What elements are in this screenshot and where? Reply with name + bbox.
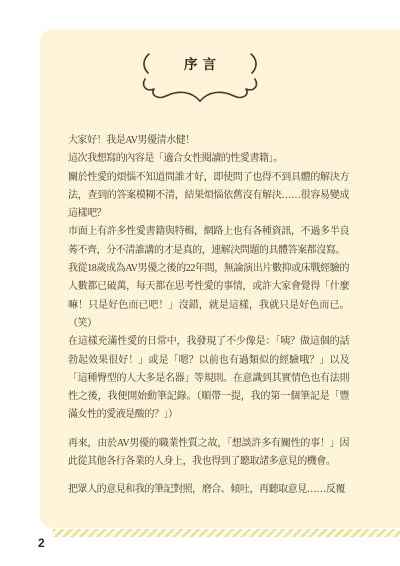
page-panel: 序言 大家好！我是AV男優清水健！ 這次我想寫的內容是「適合女性閱讀的性愛書籍」… [40,29,400,528]
chapter-heading: 序言 [138,48,262,106]
page-title: 序言 [138,53,262,73]
preface-text: 大家好！我是AV男優清水健！ 這次我想寫的內容是「適合女性閱讀的性愛書籍」。 關… [68,132,349,500]
book-page: 序言 大家好！我是AV男優清水健！ 這次我想寫的內容是「適合女性閱讀的性愛書籍」… [0,0,400,566]
page-number: 2 [38,536,45,550]
paragraph: 我從18歲成為AV男優之後的22年間，無論演出片數抑或床戰經驗的人數都已破萬，每… [68,260,349,333]
paragraph: 關於性愛的煩惱不知道問誰才好，即使問了也得不到具體的解決方法，查到的答案模糊不清… [68,169,349,224]
paragraph: 再來，由於AV男優的職業性質之故，「想談許多有關性的事！」因此從其他各行各業的人… [68,435,349,472]
paragraph: 把眾人的意見和我的筆記對照，磨合、傾吐，再聽取意見……反覆 [68,481,349,499]
paragraph: 大家好！我是AV男優清水健！ [68,132,349,150]
bottom-stripe-border [53,529,400,537]
paragraph: 在這樣充滿性愛的日常中，我發現了不少像是：「咦？做這個的話勃起效果很好！」或是「… [68,333,349,424]
paragraph: 市面上有許多性愛書籍與特輯，網路上也有各種資訊，不過多半良莠不齊，分不清誰講的才… [68,223,349,260]
paragraph: 這次我想寫的內容是「適合女性閱讀的性愛書籍」。 [68,150,349,168]
